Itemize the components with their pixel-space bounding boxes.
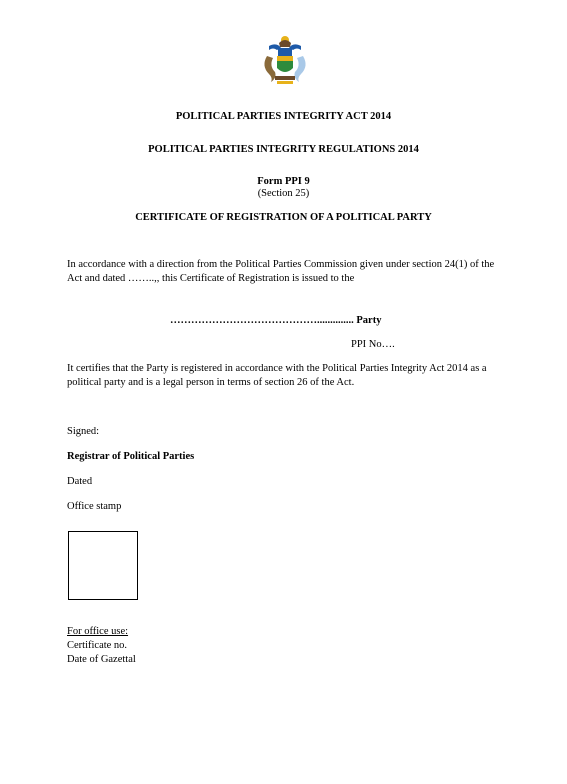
certificate-number-label: Certificate no. [67,640,127,651]
office-stamp-box [68,531,138,600]
intro-line-2: Act and dated ……..,, this Certificate of… [67,272,507,286]
certificate-title: CERTIFICATE OF REGISTRATION OF A POLITIC… [0,212,567,223]
ppi-number-field: PPI No…. [351,339,395,350]
registrar-label: Registrar of Political Parties [67,451,194,462]
act-title: POLITICAL PARTIES INTEGRITY ACT 2014 [0,111,567,122]
intro-line-1: In accordance with a direction from the … [67,258,507,272]
form-label: Form PPI 9 [0,176,567,187]
gazettal-date-label: Date of Gazettal [67,654,136,665]
office-stamp-label: Office stamp [67,501,121,512]
certification-paragraph: It certifies that the Party is registere… [67,362,517,390]
certify-line-2: political party and is a legal person in… [67,376,517,390]
office-use-heading: For office use: [67,626,128,637]
section-reference: (Section 25) [0,188,567,199]
intro-paragraph: In accordance with a direction from the … [67,258,507,286]
signed-label: Signed: [67,426,99,437]
regulations-title: POLITICAL PARTIES INTEGRITY REGULATIONS … [0,144,567,155]
dated-label: Dated [67,476,92,487]
certify-line-1: It certifies that the Party is registere… [67,362,517,376]
party-name-field: …………………………………….............. Party [170,315,381,326]
coat-of-arms-icon [257,34,313,86]
